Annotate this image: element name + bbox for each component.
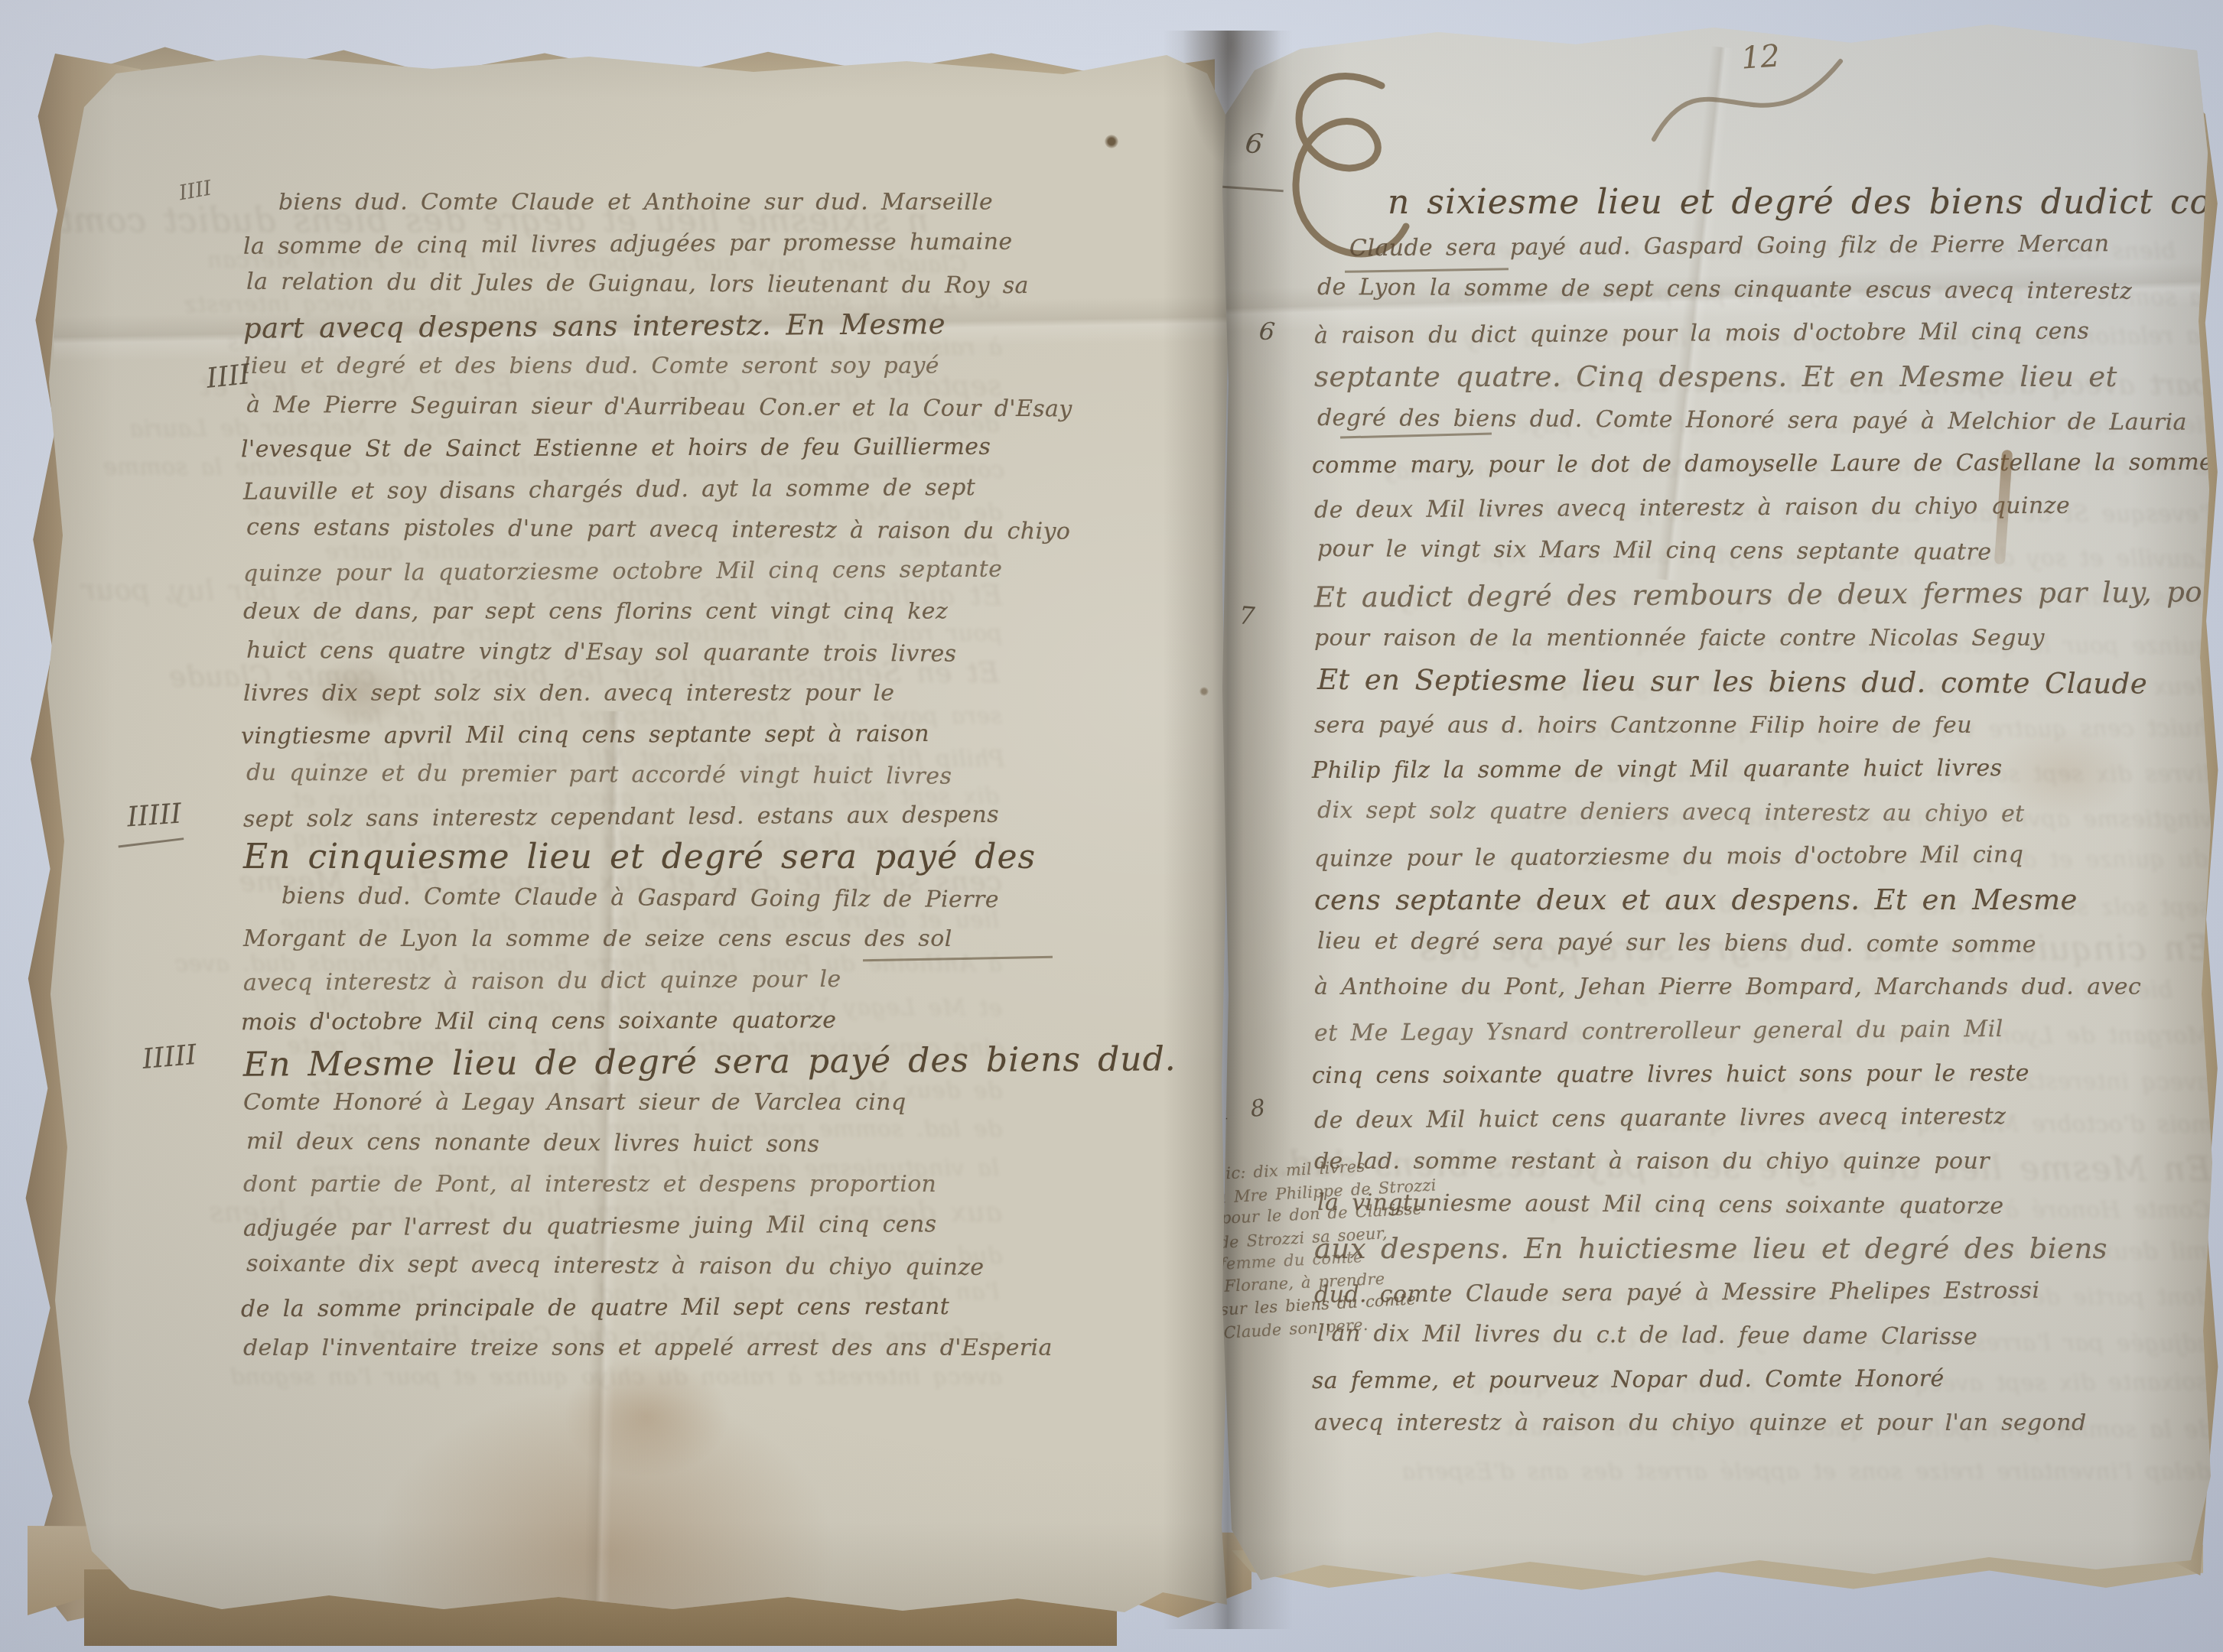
manuscript-line: livres dix sept solz six den. avecq inte…	[243, 673, 1173, 714]
manuscript-line: vingtiesme apvril Mil cinq cens septante…	[241, 712, 1170, 756]
bleed-line: delap l'inventaire treize sons et appelé…	[1262, 1450, 2211, 1494]
manuscript-line: lieu et degré et des biens dud. Comte se…	[243, 346, 1173, 387]
manuscript-line: de deux Mil livres avecq interestz à rai…	[1314, 483, 2205, 532]
manuscript-line: Lauville et soy disans chargés dud. ayt …	[243, 466, 1173, 512]
manuscript-line: mil deux cens nonante deux livres huict …	[246, 1120, 1176, 1166]
manuscript-line: Et en Septiesme lieu sur les biens dud. …	[1317, 658, 2208, 706]
sewing-hole	[1105, 135, 1118, 148]
manuscript-line: En Mesme lieu de degré sera payé des bie…	[243, 1039, 1173, 1085]
manuscript-line: soixante dix sept avecq interestz à rais…	[246, 1244, 1176, 1289]
margin-number: 6	[1243, 128, 1264, 161]
manuscript-line: cens estans pistoles d'une part avecq in…	[246, 507, 1176, 553]
manuscript-line: à Me Pierre Seguiran sieur d'Aurribeau C…	[246, 384, 1176, 430]
manuscript-line: de Lyon la somme de sept cens cinquante …	[1317, 265, 2208, 314]
manuscript-line: delap l'inventaire treize sons et appelé…	[243, 1328, 1173, 1369]
manuscript-line: En cinquiesme lieu et degré sera payé de…	[243, 837, 1173, 878]
manuscript-line: Morgant de Lyon la somme de seize cens e…	[243, 919, 1173, 960]
margin-number: 7	[1238, 600, 1256, 630]
manuscript-line: adjugée par l'arrest du quatriesme juing…	[243, 1202, 1173, 1249]
sewing-hole	[1199, 687, 1209, 696]
manuscript-line: quinze pour le quatorziesme du mois d'oc…	[1314, 831, 2205, 880]
manuscript-line: comme mary, pour le dot de damoyselle La…	[1312, 441, 2203, 487]
manuscript-line: de deux Mil huict cens quarante livres a…	[1314, 1093, 2205, 1142]
manuscript-line: biens dud. Comte Claude et Anthoine sur …	[243, 182, 1173, 223]
manuscript-line: à raison du dict quinze pour la mois d'o…	[1314, 308, 2205, 357]
manuscript-line: Et audict degré des rembours de deux fer…	[1314, 570, 2205, 619]
left-page-text: biens dud. Comte Claude et Anthoine sur …	[243, 182, 1173, 1369]
manuscript-line: degré des biens dud. Comte Honoré sera p…	[1317, 396, 2208, 444]
manuscript-line: cens septante deux et aux despens. Et en…	[1314, 878, 2205, 922]
manuscript-line: et Me Legay Ysnard contrerolleur general…	[1314, 1006, 2205, 1055]
page-number: 12	[1740, 38, 1781, 76]
manuscript-line: de la somme principale de quatre Mil sep…	[241, 1285, 1170, 1329]
margin-number: 6	[1258, 316, 1276, 346]
manuscript-line: du quinze et du premier part accordé vin…	[246, 753, 1176, 798]
manuscript-line: sa femme, et pourveuz Nopar dud. Comte H…	[1312, 1356, 2203, 1403]
manuscript-line: cinq cens soixante quatre livres huict s…	[1312, 1051, 2203, 1098]
manuscript-line: huict cens quatre vingtz d'Esay sol quar…	[246, 629, 1176, 675]
manuscript-line: deux de dans, par sept cens florins cent…	[243, 591, 1173, 633]
manuscript-line: Claude sera payé aud. Gaspard Going filz…	[1314, 221, 2205, 270]
manuscript-line: la somme de cinq mil livres adjugées par…	[243, 220, 1173, 267]
margin-tally-mark: IIIII	[141, 1039, 197, 1075]
manuscript-line: avecq interestz à raison du chiyo quinze…	[1314, 1401, 2205, 1445]
manuscript-line: sera payé aus d. hoirs Cantzonne Filip h…	[1314, 704, 2205, 747]
manuscript-line: quinze pour la quatorziesme octobre Mil …	[243, 548, 1173, 594]
manuscript-line: part avecq despens sans interestz. En Me…	[243, 302, 1173, 349]
manuscript-photo: n sixiesme lieu et degré des biens dudic…	[0, 0, 2223, 1652]
manuscript-line: sept solz sans interestz cependant lesd.…	[243, 793, 1173, 840]
manuscript-line: Philip filz la somme de vingt Mil quaran…	[1312, 746, 2203, 792]
manuscript-line: dont partie de Pont, al interestz et des…	[243, 1164, 1173, 1205]
manuscript-line: mois d'octobre Mil cinq cens soixante qu…	[241, 999, 1170, 1043]
manuscript-line: pour raison de la mentionnée faicte cont…	[1314, 616, 2205, 660]
manuscript-line: septante quatre. Cinq despens. Et en Mes…	[1314, 355, 2205, 398]
manuscript-line: l'evesque St de Sainct Estienne et hoirs…	[241, 426, 1170, 470]
manuscript-line: dix sept solz quatre deniers avecq inter…	[1317, 789, 2208, 837]
manuscript-line: n sixiesme lieu et degré des biens dudic…	[1314, 180, 2205, 224]
manuscript-line: Comte Honoré à Legay Ansart sieur de Var…	[243, 1082, 1173, 1124]
manuscript-line: avecq interestz à raison du dict quinze …	[243, 957, 1173, 1003]
manuscript-line: à Anthoine du Pont, Jehan Pierre Bompard…	[1314, 965, 2205, 1009]
marginal-note: hic: dix mil livresà Mre Philippe de Str…	[1215, 1150, 1484, 1343]
manuscript-line: biens dud. Comte Claude à Gaspard Going …	[246, 875, 1176, 921]
margin-tally-mark: IIII	[205, 359, 252, 395]
manuscript-line: pour le vingt six Mars Mil cinq cens sep…	[1317, 527, 2208, 575]
manuscript-line: la relation du dit Jules de Guignau, lor…	[246, 262, 1176, 307]
margin-tally-mark: IIIII	[126, 798, 183, 834]
manuscript-line: lieu et degré sera payé sur les biens du…	[1317, 919, 2208, 967]
